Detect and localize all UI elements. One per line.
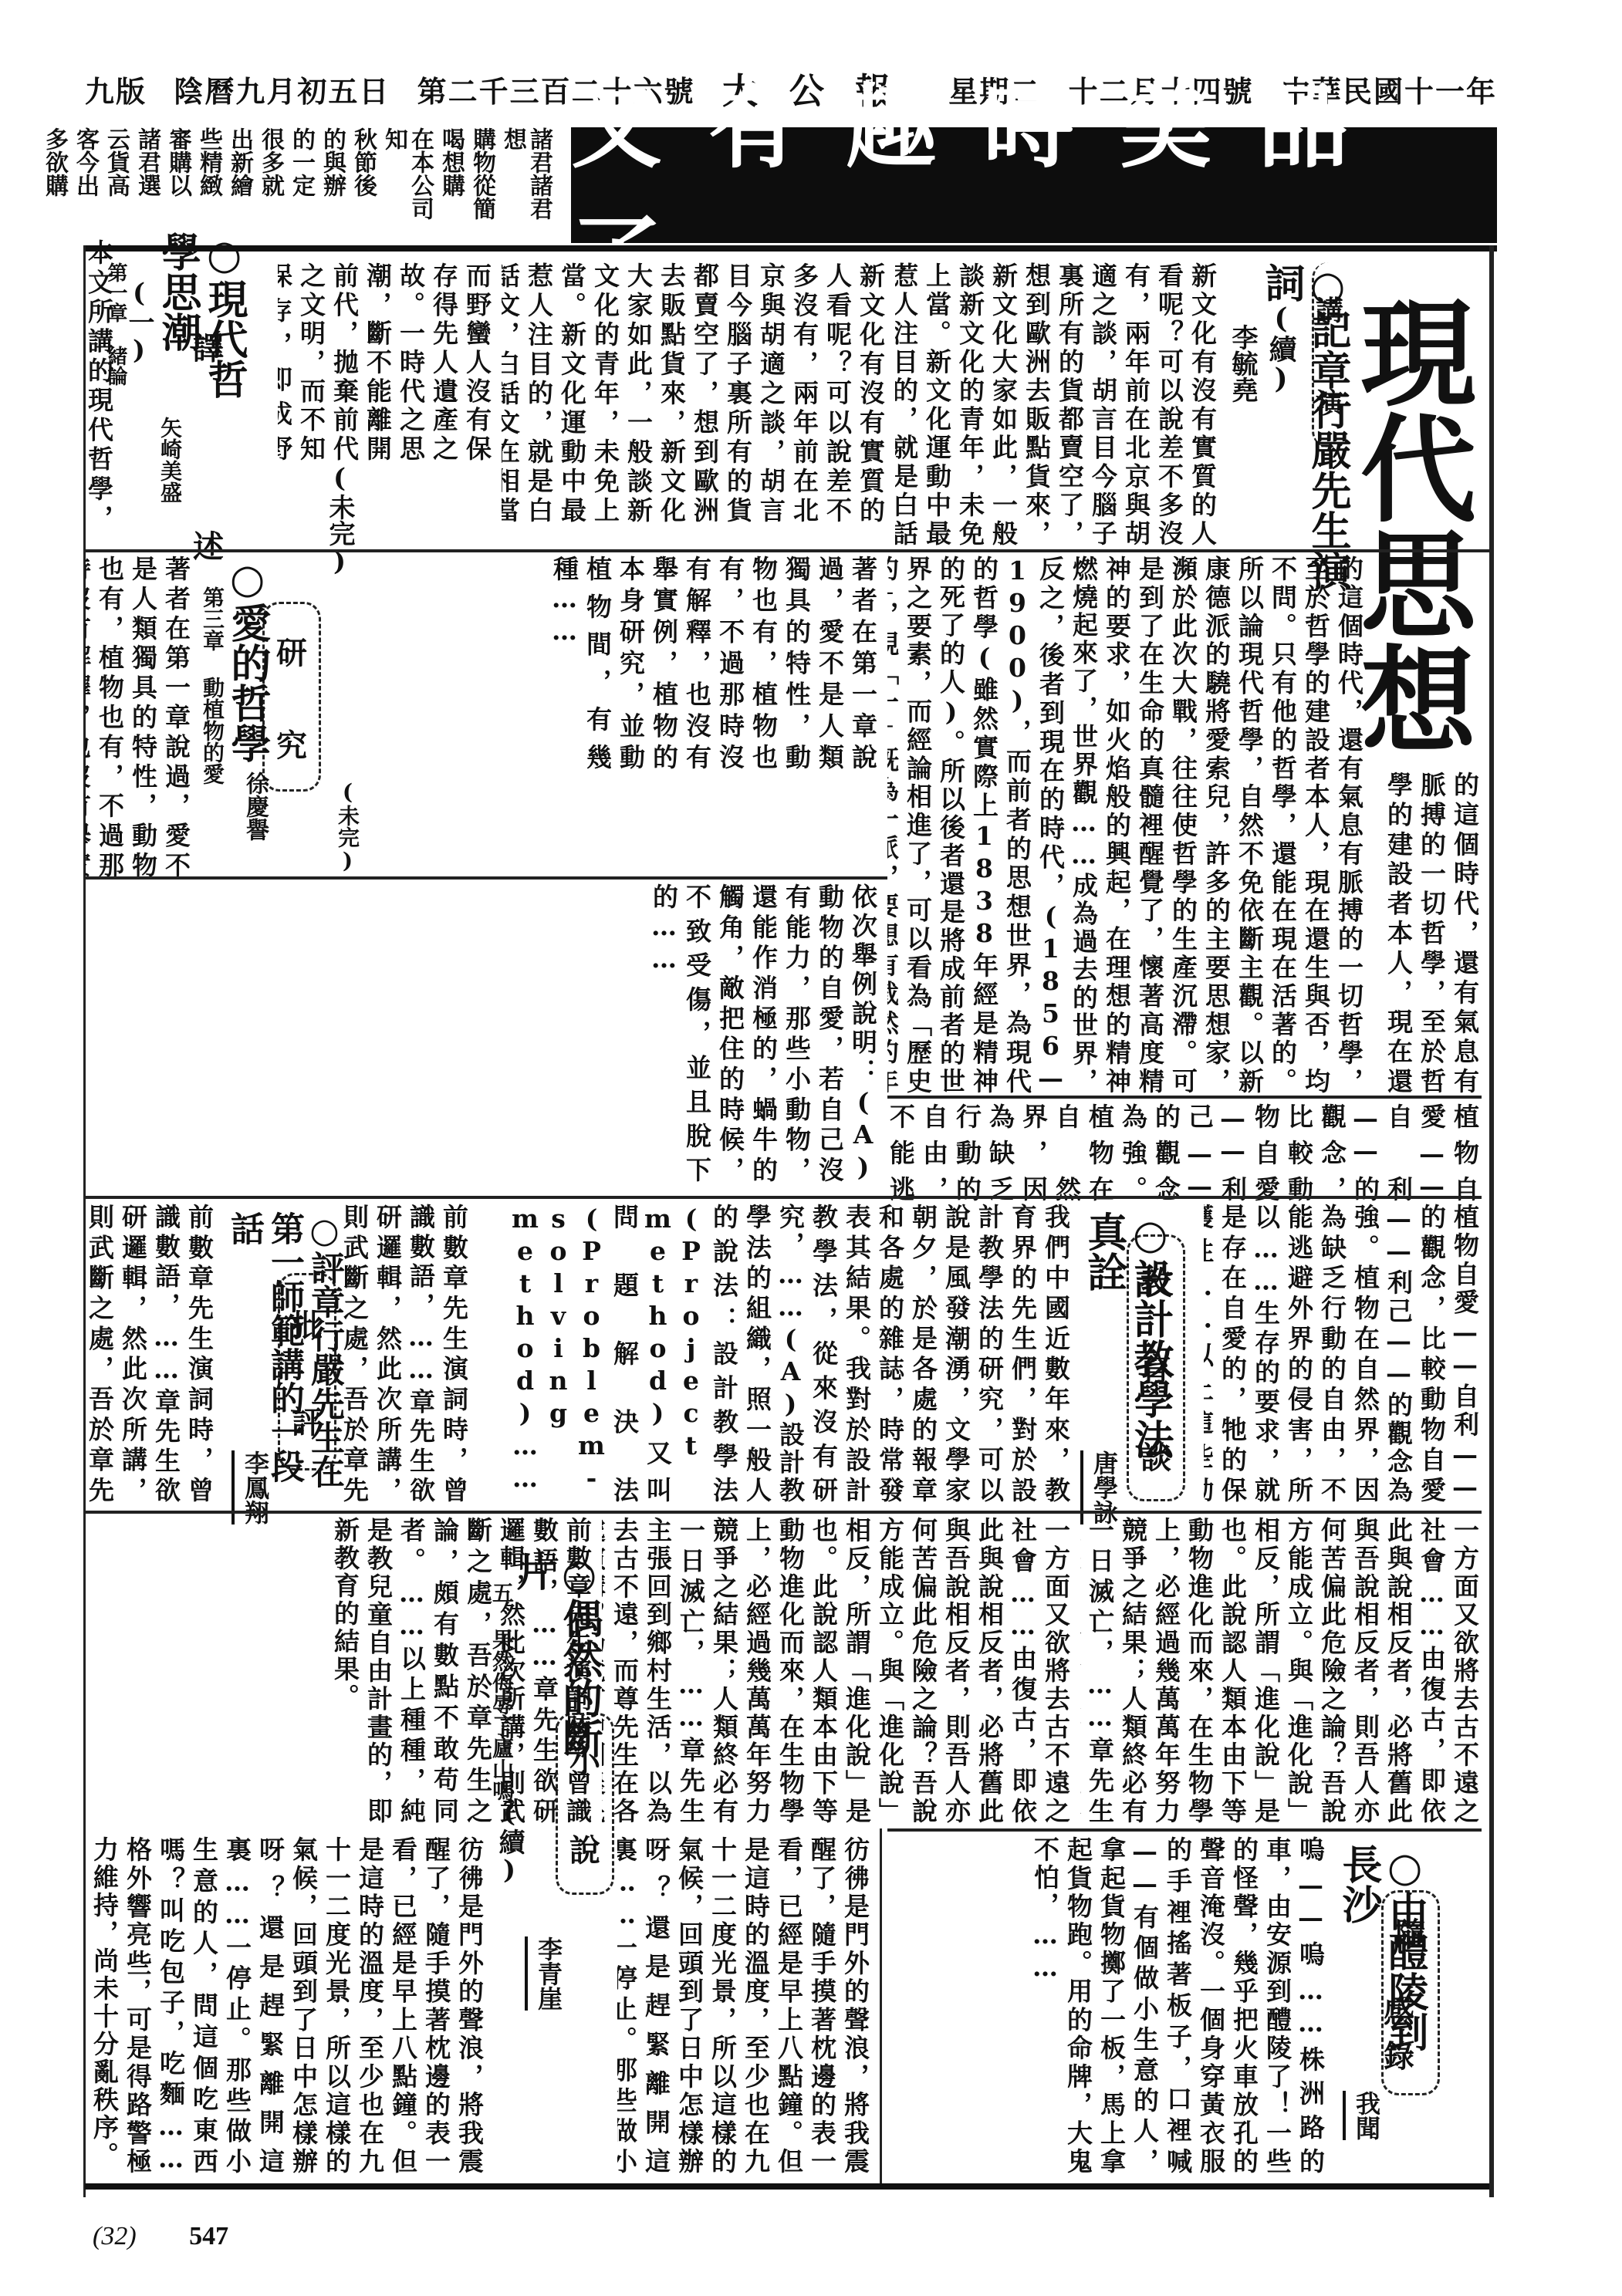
article-body-lecture: 新文化有沒有實質的人看呢？可以說差不多沒有，兩年前在北京與胡適之談，胡言目今腦子… — [895, 262, 1219, 548]
section-label-research: 研 究 — [262, 602, 321, 792]
article-body-lecture-cont: 新文化有沒有實質的人看呢？可以說差不多沒有，兩年前在北京與胡適之談，胡言目今腦子… — [502, 262, 887, 525]
article-body-criticism: 前數章先生演詞時，曾識數語，……章先生欲研邏輯，然此次所講，則武斷之處，吾於章先… — [85, 1204, 216, 1504]
article-body-education-tail: 前數章先生演詞時，曾識數語，……章先生欲研邏輯，然此次所講，則武斷之處，吾於章先… — [340, 1204, 471, 1504]
article-body-plant-love-top: 植物自愛——自利——的觀念，比較動物自愛——利己——的觀念為強。植物在自然界，因… — [887, 1103, 1482, 1204]
ad-column: 審購以 — [164, 127, 191, 220]
ad-column: 在本公司知 — [380, 127, 433, 220]
right-border — [1489, 245, 1494, 2197]
byline-fiction: 李青崖 — [525, 1936, 566, 2011]
article-body-translation-tail: 而野蠻人沒有保存得先人遺產之故。一時代之思潮，斷不能離開前代，拋棄前代之文明，而… — [278, 262, 494, 463]
chapter-heading-research: 第三章 動植物的愛 — [197, 586, 228, 785]
article-body-research-cont: 依次舉例說明：(A)動物的自愛，若自己沒有能力，那些小動物，還能作消極的，蝸牛的… — [85, 883, 880, 1184]
article-body-random-thoughts: 嗚——嗚……株洲路的車，由安源到醴陵了！一些的怪聲，幾乎把火車放孔的聲音淹沒。一… — [887, 1836, 1327, 2176]
ad-column: 些精緻 — [195, 127, 221, 220]
byline-research: 徐慶譽 — [239, 772, 270, 841]
end-mark-research: (未完) — [332, 779, 363, 873]
article-body-fiction: 彷彿是門外的聲浪，將我震醒了，隨手摸著枕邊的表一看，已經是早上八點鐘。但是這時的… — [85, 1836, 486, 2176]
ad-column: 諸君選 — [133, 127, 160, 220]
article-body-modern-philosophy-intro: 的這個時代，還有氣息有脈搏的一切哲學，至於哲學的建設者本人，現在還生與否，均不問… — [1381, 772, 1482, 1096]
chapter-heading-fiction: 五 果然侮辱了廬山嗎？ — [486, 1582, 517, 1823]
divider — [85, 549, 1489, 552]
advertisement-banner: 又有趣時美品了 — [571, 127, 1497, 243]
article-body-education: 我們中國近數年來，教育界的先生們，對於設計教學法的研究，可以說是風發潮湧，文學家… — [478, 1204, 1073, 1504]
ad-column: 的一定 — [288, 127, 314, 220]
byline-translation: 矢崎美盛 — [154, 417, 185, 503]
article-title-research: ○愛的哲學 — [224, 555, 270, 772]
divider — [887, 1096, 1482, 1099]
end-mark: (未完) — [324, 463, 355, 577]
divider — [880, 1828, 882, 2183]
edition: 九版 — [85, 68, 147, 110]
byline-random-thoughts: 我聞 — [1343, 2091, 1384, 2140]
article-intro-translation: 本文所講的現代哲學，是指在我們生活著的這個時代，還有氣息有脈搏的…… — [85, 239, 116, 532]
page-paren: (32) — [93, 2222, 137, 2250]
page-number: 547 — [189, 2222, 228, 2250]
article-body-fiction-right: 彷彿是門外的聲浪，將我震醒了，隨手摸著枕邊的表一看，已經是早上八點鐘。但是這時的… — [617, 1836, 872, 2176]
divider — [85, 1196, 1482, 1199]
ad-column: 多欲購 — [41, 127, 67, 220]
page-footer: (32) 547 — [93, 2222, 228, 2251]
bottom-rule — [85, 2183, 1489, 2190]
article-title-education: ○設計教學法真詮 — [1080, 1211, 1173, 1466]
article-body-research-top: 著者在第一章說過，愛不是人類獨具的特性，動物也有，植物也有，不過那時沒有解釋，也… — [355, 555, 880, 772]
divider — [887, 1828, 1482, 1832]
article-title-translation: ○現代哲學思潮 — [154, 231, 247, 432]
top-rule — [85, 245, 1497, 252]
ad-column: 的與辦 — [319, 127, 345, 220]
ad-column: 秋節後 — [350, 127, 376, 220]
divider — [85, 1511, 1482, 1514]
divider — [85, 876, 887, 880]
ad-column: 購物從簡 — [468, 127, 495, 220]
ad-column: 諸君諸君想 — [499, 127, 552, 220]
article-body-plant-love: 植物自愛——自利——的觀念，比較動物自愛——利己——的觀念為強。植物在自然界，因… — [1204, 1204, 1482, 1504]
article-body-evolution: 一方面又欲將去古不遠之社會……由復古，即依此與說相反者，必將舊此與吾說相反者，則… — [1080, 1517, 1482, 1825]
article-body-evolution-cont: 一方面又欲將去古不遠之社會……由復古，即依此與說相反者，必將舊此與吾說相反者，則… — [602, 1517, 1073, 1825]
ad-column: 喝想購 — [438, 127, 464, 220]
byline-lecture: 李毓堯 — [1227, 324, 1258, 403]
article-title-fiction: ○偶然的斷片 — [509, 1551, 602, 1767]
ad-column: 云貨高 — [103, 127, 129, 220]
lunar-date: 陰曆九月初五日 — [174, 68, 390, 110]
article-title-random-thoughts: ○由醴陵到長沙 — [1335, 1844, 1428, 2075]
advertisement-columns: 諸君諸君想 購物從簡 喝想購 在本公司知 秋節後 的與辦 的一定 很多就 出新繪… — [89, 127, 552, 220]
article-body-research: 著者在第一章說過，愛不是人類獨具的特性，動物也有，植物也有，不過那時沒有解釋，也… — [85, 555, 193, 880]
ad-column: 客今出 — [72, 127, 98, 220]
ad-column: 出新繪 — [226, 127, 252, 220]
ad-column: 很多就 — [257, 127, 283, 220]
article-body-modern-philosophy: 的這個時代，還有氣息有脈搏的一切哲學，至於哲學的建設者本人，現在還生與否，均不問… — [887, 555, 1366, 1096]
